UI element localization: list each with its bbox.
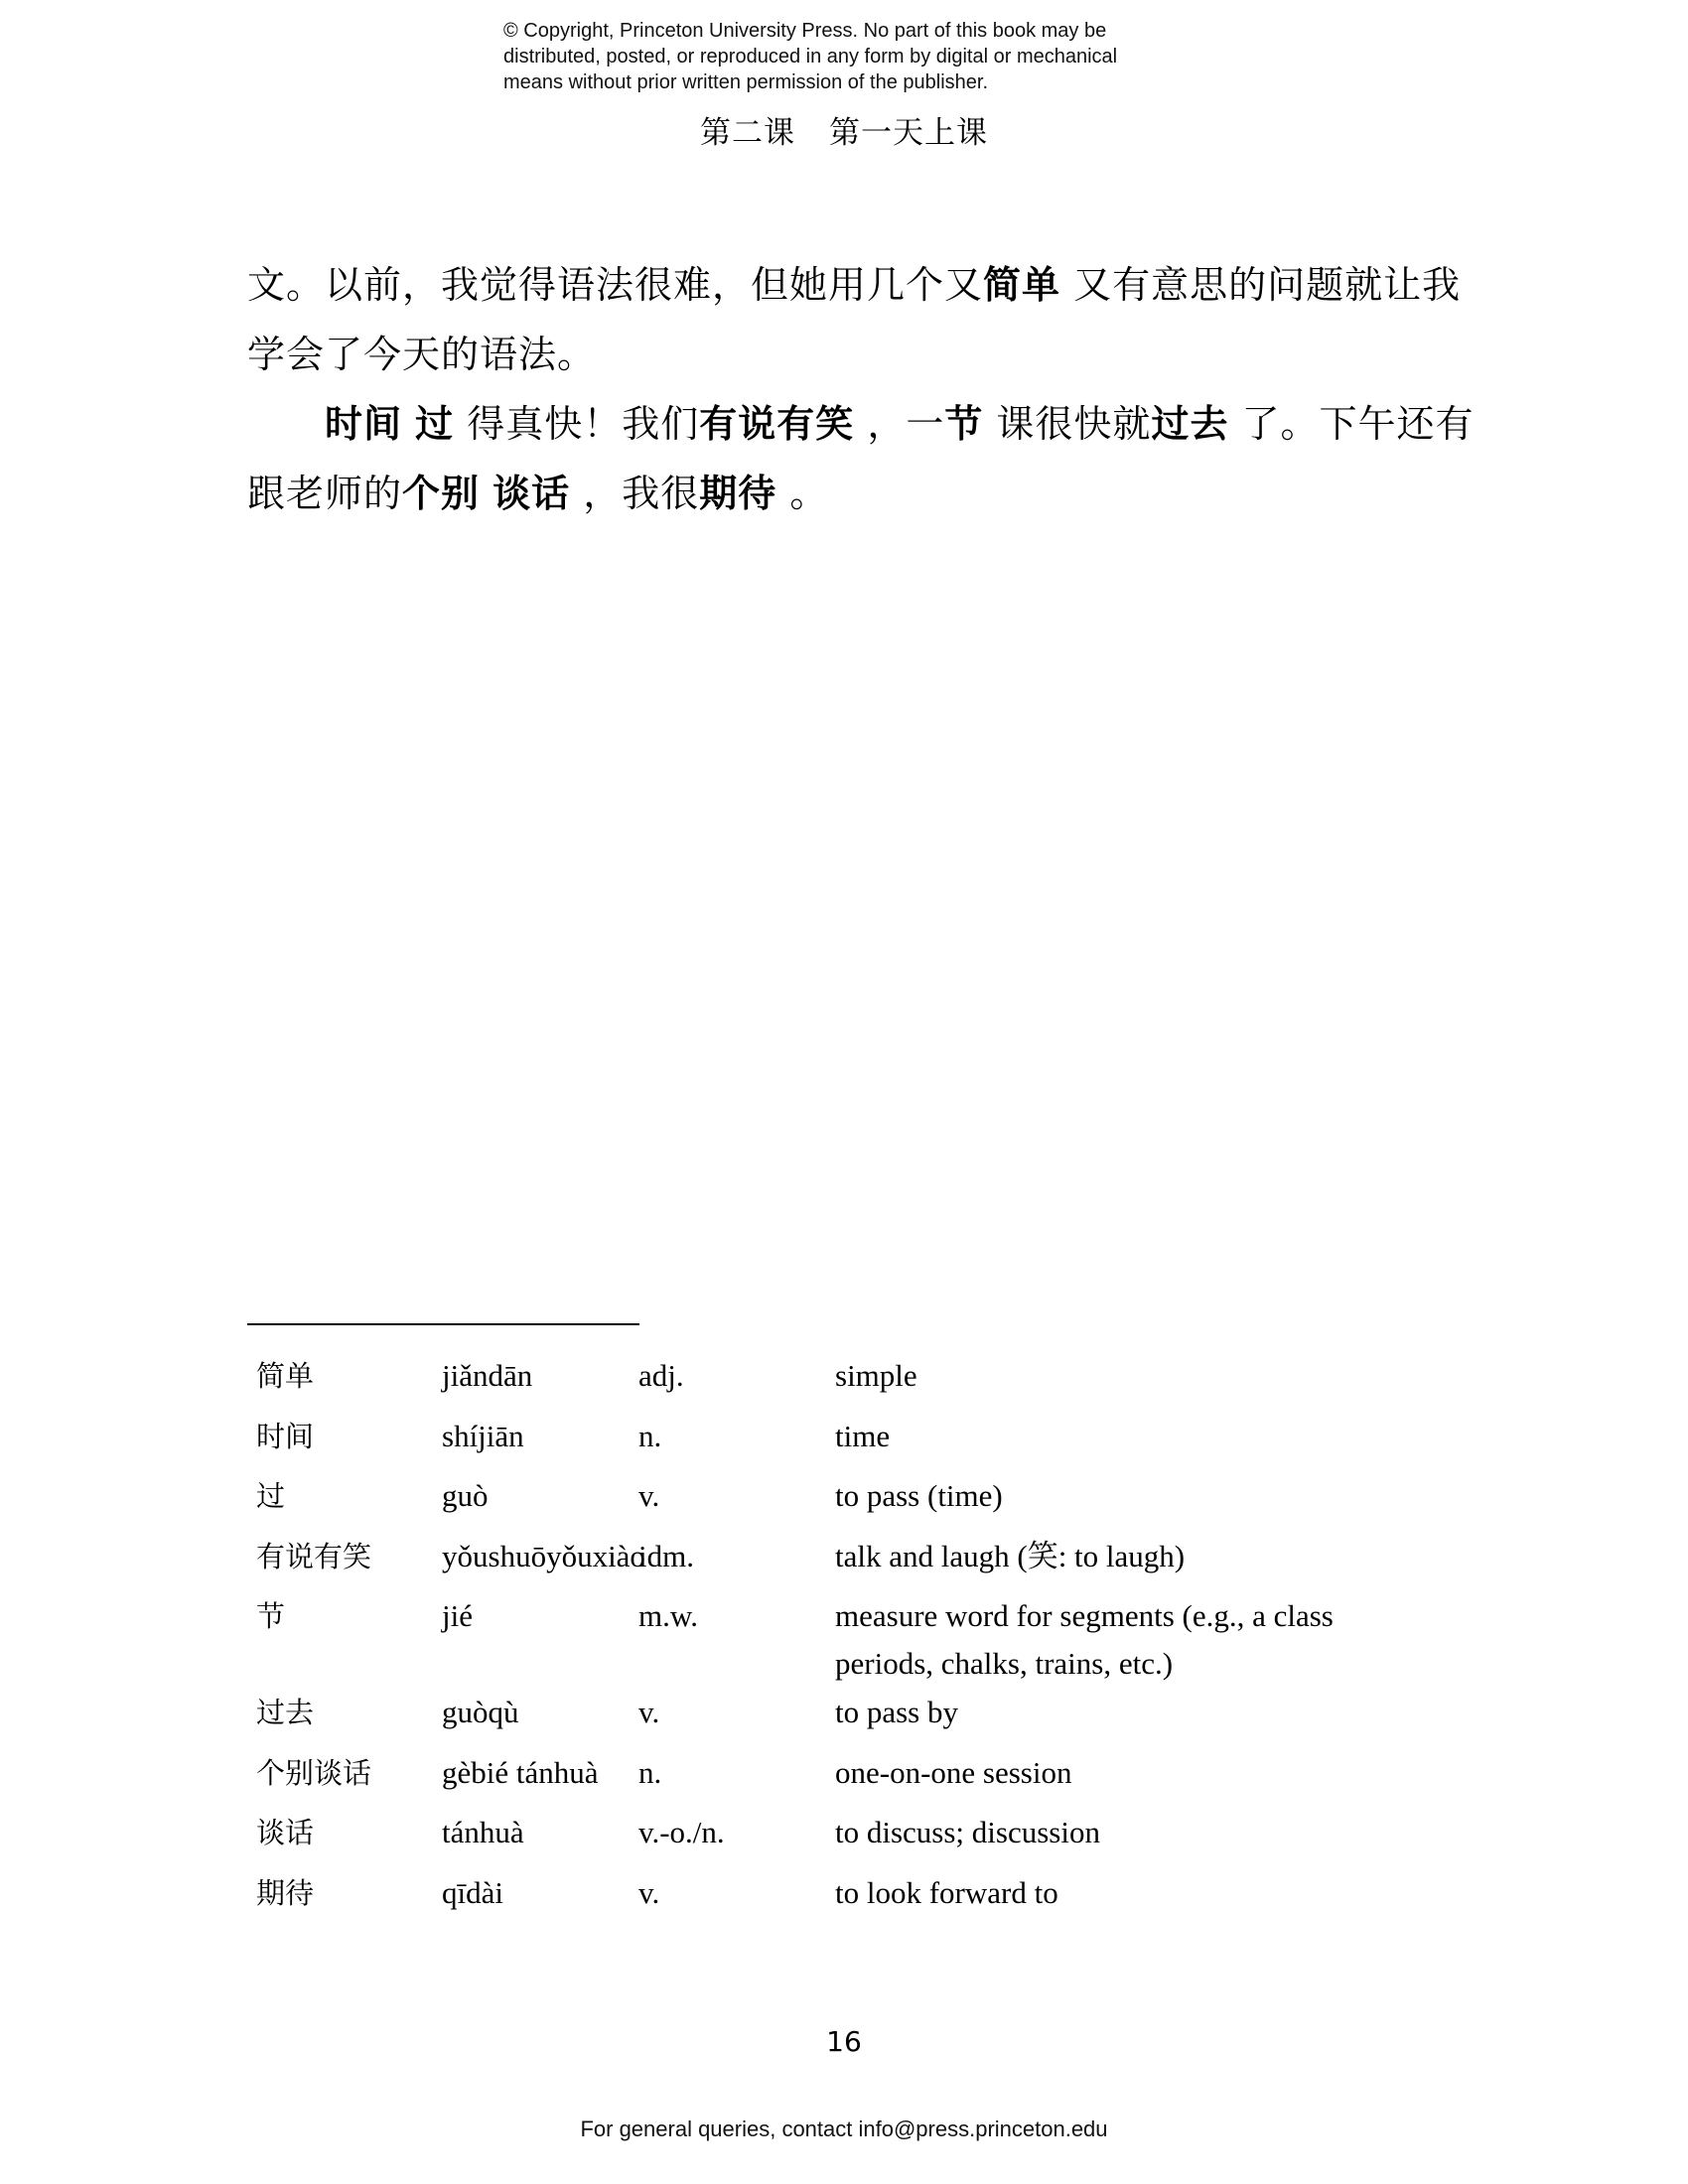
vocab-pinyin: jiǎndān: [442, 1352, 638, 1413]
vocab-row: 节 jié m.w. measure word for segments (e.…: [256, 1592, 1448, 1689]
text-run: ，我很: [570, 472, 699, 515]
vocab-pos: v.-o./n.: [638, 1809, 835, 1869]
vocab-highlight: 谈话: [492, 471, 570, 515]
paragraph: 时间 过 得真快！我们有说有笑 ，一节 课很快就过去 了。下午还有跟老师的个别 …: [247, 389, 1478, 528]
vocab-pos: v.: [638, 1689, 835, 1749]
copyright-notice: © Copyright, Princeton University Press.…: [503, 18, 1198, 95]
vocab-row: 简单 jiǎndān adj. simple: [256, 1352, 1448, 1413]
text-run: 得真快！我们: [454, 402, 699, 446]
vocab-pos: v.: [638, 1472, 835, 1533]
vocab-hanzi: 节: [256, 1592, 442, 1689]
lesson-title: 第一天上课: [829, 115, 988, 151]
vocab-meaning: time: [835, 1413, 1391, 1473]
vocab-highlight: 简单: [983, 262, 1060, 307]
vocab-pos: v.: [638, 1869, 835, 1930]
vocab-meaning: to look forward to: [835, 1869, 1391, 1930]
vocab-row: 期待 qīdài v. to look forward to: [256, 1869, 1448, 1930]
vocab-row: 谈话 tánhuà v.-o./n. to discuss; discussio…: [256, 1809, 1448, 1869]
paragraph: 文。以前，我觉得语法很难，但她用几个又简单 又有意思的问题就让我学会了今天的语法…: [247, 250, 1478, 389]
vocab-hanzi: 过去: [256, 1689, 442, 1749]
text-run: 。: [776, 472, 828, 515]
vocab-row: 有说有笑 yǒushuōyǒuxiào idm. talk and laugh …: [256, 1533, 1448, 1593]
copyright-line: distributed, posted, or reproduced in an…: [503, 44, 1198, 69]
vocab-pinyin: yǒushuōyǒuxiào: [442, 1533, 638, 1593]
running-head: 第二课第一天上课: [0, 107, 1688, 152]
vocab-pos: m.w.: [638, 1592, 835, 1689]
text-run: 文。以前，我觉得语法很难，但她用几个又: [247, 263, 983, 307]
copyright-line: © Copyright, Princeton University Press.…: [503, 18, 1198, 44]
vocab-pinyin: jié: [442, 1592, 638, 1689]
text-run: ，一: [854, 402, 944, 446]
text-run: 课很快就: [983, 402, 1151, 446]
vocab-row: 个别谈话 gèbié tánhuà n. one-on-one session: [256, 1749, 1448, 1810]
vocab-pinyin: shíjiān: [442, 1413, 638, 1473]
vocab-row: 过 guò v. to pass (time): [256, 1472, 1448, 1533]
vocab-pos: n.: [638, 1413, 835, 1473]
lesson-text: 文。以前，我觉得语法很难，但她用几个又简单 又有意思的问题就让我学会了今天的语法…: [247, 250, 1478, 528]
vocab-pos: n.: [638, 1749, 835, 1810]
vocab-meaning: simple: [835, 1352, 1391, 1413]
vocab-pinyin: gèbié tánhuà: [442, 1749, 638, 1810]
vocab-pinyin: qīdài: [442, 1869, 638, 1930]
vocab-pos: adj.: [638, 1352, 835, 1413]
vocab-highlight: 时间: [325, 401, 402, 446]
vocab-highlight: 期待: [699, 471, 776, 515]
vocab-hanzi: 谈话: [256, 1809, 442, 1869]
vocab-highlight: 个别: [402, 471, 480, 515]
vocab-hanzi: 个别谈话: [256, 1749, 442, 1810]
text-run: [480, 472, 492, 515]
vocab-highlight: 过去: [1151, 401, 1228, 446]
vocab-meaning: to pass by: [835, 1689, 1391, 1749]
vocab-highlight: 有说有笑: [699, 401, 854, 446]
vocab-highlight: 节: [944, 401, 983, 446]
vocab-row: 时间 shíjiān n. time: [256, 1413, 1448, 1473]
vocab-hanzi: 期待: [256, 1869, 442, 1930]
vocab-highlight: 过: [415, 401, 454, 446]
vocab-pinyin: guò: [442, 1472, 638, 1533]
vocab-meaning: talk and laugh (笑: to laugh): [835, 1533, 1391, 1593]
vocab-hanzi: 简单: [256, 1352, 442, 1413]
vocab-hanzi: 有说有笑: [256, 1533, 442, 1593]
vocab-meaning: measure word for segments (e.g., a class…: [835, 1592, 1391, 1689]
contact-footer: For general queries, contact info@press.…: [0, 2116, 1688, 2142]
footnote-divider: [247, 1323, 639, 1325]
vocab-hanzi: 时间: [256, 1413, 442, 1473]
vocab-pinyin: guòqù: [442, 1689, 638, 1749]
page-number: 16: [0, 2025, 1688, 2058]
vocab-hanzi: 过: [256, 1472, 442, 1533]
vocab-meaning: to pass (time): [835, 1472, 1391, 1533]
copyright-line: means without prior written permission o…: [503, 69, 1198, 95]
vocab-pinyin: tánhuà: [442, 1809, 638, 1869]
vocabulary-list: 简单 jiǎndān adj. simple 时间 shíjiān n. tim…: [256, 1352, 1448, 1929]
vocab-meaning: to discuss; discussion: [835, 1809, 1391, 1869]
lesson-number: 第二课: [700, 115, 795, 151]
vocab-meaning: one-on-one session: [835, 1749, 1391, 1810]
text-run: [402, 402, 415, 446]
vocab-row: 过去 guòqù v. to pass by: [256, 1689, 1448, 1749]
vocab-pos: idm.: [638, 1533, 835, 1593]
